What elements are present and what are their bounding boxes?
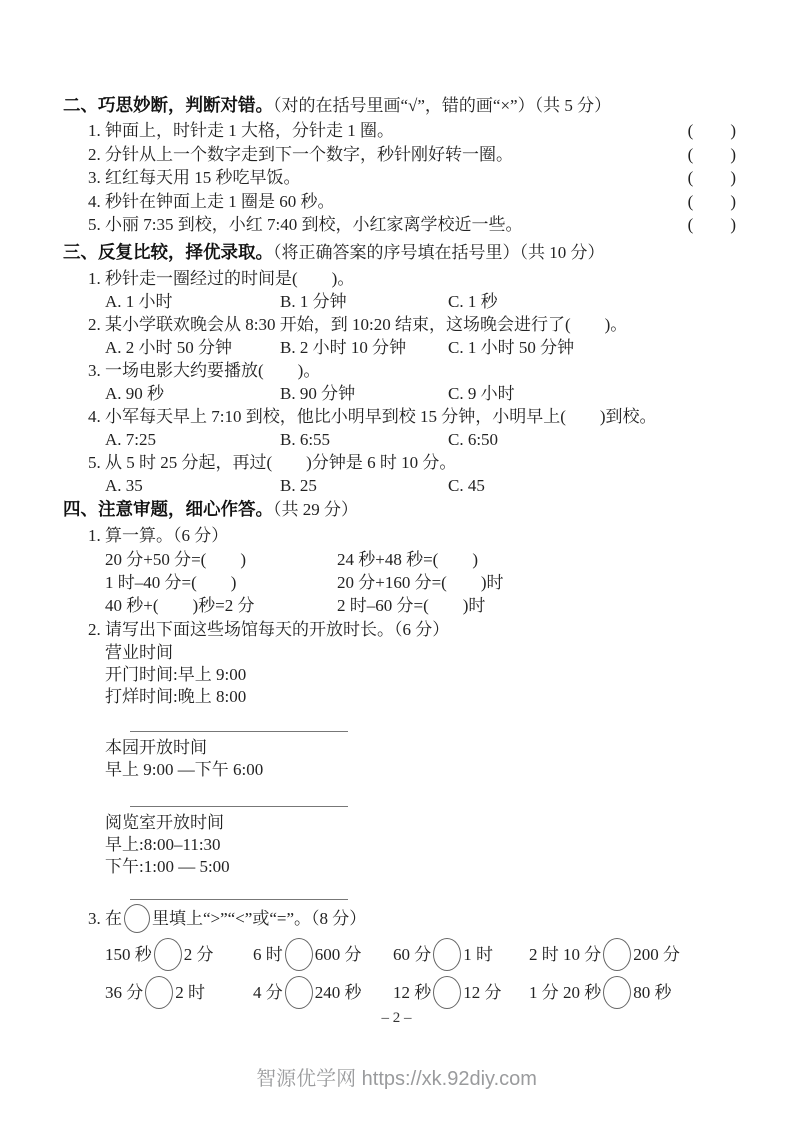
choice-q5-option-c: C. 45 xyxy=(448,475,737,496)
compare-right: 80 秒 xyxy=(633,974,671,1012)
choice-q2-option-a: A. 2 小时 50 分钟 xyxy=(105,337,280,358)
compare-circle-icon xyxy=(433,976,461,1009)
section3-title-text: 三、反复比较，择优录取。 xyxy=(63,242,273,262)
compare-left: 12 秒 xyxy=(393,974,431,1012)
duration-question-label: 2. 请写出下面这些场馆每天的开放时长。（6 分） xyxy=(88,617,737,642)
choice-q4-text: 4. 小军每天早上 7:10 到校，他比小明早到校 15 分钟，小明早上( )到… xyxy=(88,404,737,429)
section3-title: 三、反复比较，择优录取。（将正确答案的序号填在括号里）（共 10 分） xyxy=(63,239,737,266)
compare-left: 150 秒 xyxy=(105,936,152,974)
judge-item-2: 2. 分针从上一个数字走到下一个数字，秒针刚好转一圈。 ( ) xyxy=(88,143,737,167)
compare-left: 1 分 20 秒 xyxy=(529,974,601,1012)
compare-circle-icon xyxy=(124,904,150,933)
compare-cell: 2 时 10 分200 分 xyxy=(529,936,680,974)
section3-questions: 1. 秒针走一圈经过的时间是( )。 A. 1 小时 B. 1 分钟 C. 1 … xyxy=(63,266,737,496)
compare-circle-icon xyxy=(603,938,631,971)
business-hours-close: 打烊时间:晚上 8:00 xyxy=(105,686,737,708)
compare-left: 4 分 xyxy=(253,974,283,1012)
compare-cell: 4 分240 秒 xyxy=(253,974,393,1012)
business-hours-block: 营业时间 开门时间:早上 9:00 打烊时间:晚上 8:00 xyxy=(88,642,737,709)
judge-item-1: 1. 钟面上，时针走 1 大格，分针走 1 圈。 ( ) xyxy=(88,119,737,143)
compare-circle-icon xyxy=(433,938,461,971)
compare-circle-icon xyxy=(603,976,631,1009)
park-hours-range: 早上 9:00 —下午 6:00 xyxy=(105,759,737,781)
compare-cell: 12 秒12 分 xyxy=(393,974,529,1012)
compare-row-1: 150 秒2 分 6 时600 分 60 分1 时 2 时 10 分200 分 xyxy=(88,936,737,974)
compare-row-2: 36 分2 时 4 分240 秒 12 秒12 分 1 分 20 秒80 秒 xyxy=(88,974,737,1012)
compare-label-prefix: 3. 在 xyxy=(88,902,122,936)
compare-right: 2 分 xyxy=(184,936,214,974)
compare-circle-icon xyxy=(145,976,173,1009)
choice-q2-option-b: B. 2 小时 10 分钟 xyxy=(280,337,448,358)
judge-item-1-answer-bracket: ( ) xyxy=(688,119,737,143)
judge-item-4-answer-bracket: ( ) xyxy=(688,190,737,214)
choice-q4-options: A. 7:25 B. 6:55 C. 6:50 xyxy=(88,429,737,450)
compare-question-label: 3. 在 里填上“>”“<”或“=”。（8 分） xyxy=(88,902,737,936)
compare-cell: 36 分2 时 xyxy=(105,974,253,1012)
judge-item-3: 3. 红红每天用 15 秒吃早饭。 ( ) xyxy=(88,166,737,190)
judge-item-3-answer-bracket: ( ) xyxy=(688,166,737,190)
choice-q2-option-c: C. 1 小时 50 分钟 xyxy=(448,337,737,358)
section4-title-note: （共 29 分） xyxy=(273,500,358,519)
reading-room-block: 阅览室开放时间 早上:8:00–11:30 下午:1:00 — 5:00 xyxy=(88,812,737,879)
compare-left: 36 分 xyxy=(105,974,143,1012)
site-watermark: 智源优学网 https://xk.92diy.com xyxy=(0,1062,793,1091)
compare-circle-icon xyxy=(285,976,313,1009)
section4-title: 四、注意审题，细心作答。（共 29 分） xyxy=(63,496,737,523)
section2-title-text: 二、巧思妙断，判断对错。 xyxy=(63,95,273,115)
compare-label-suffix: 里填上“>”“<”或“=”。（8 分） xyxy=(152,902,366,936)
worksheet-page: 二、巧思妙断，判断对错。（对的在括号里画“√”，错的画“×”）（共 5 分） 1… xyxy=(0,0,793,1122)
choice-q1-option-c: C. 1 秒 xyxy=(448,291,737,312)
choice-q3-option-b: B. 90 分钟 xyxy=(280,383,448,404)
equation-1: 20 分+50 分=( ) xyxy=(105,548,337,571)
judge-item-1-text: 1. 钟面上，时针走 1 大格，分针走 1 圈。 xyxy=(88,119,394,143)
park-hours-title: 本园开放时间 xyxy=(105,737,737,759)
calc-question-label: 1. 算一算。（6 分） xyxy=(88,523,737,548)
choice-q1-options: A. 1 小时 B. 1 分钟 C. 1 秒 xyxy=(88,291,737,312)
section2-title-note: （对的在括号里画“√”，错的画“×”）（共 5 分） xyxy=(273,96,611,115)
compare-right: 240 秒 xyxy=(315,974,362,1012)
reading-room-title: 阅览室开放时间 xyxy=(105,812,737,834)
choice-q3-text: 3. 一场电影大约要播放( )。 xyxy=(88,358,737,383)
business-hours-open: 开门时间:早上 9:00 xyxy=(105,664,737,686)
section4-body: 1. 算一算。（6 分） 20 分+50 分=( ) 24 秒+48 秒=( )… xyxy=(63,523,737,1012)
choice-q4-option-a: A. 7:25 xyxy=(105,429,280,450)
choice-q2-options: A. 2 小时 50 分钟 B. 2 小时 10 分钟 C. 1 小时 50 分… xyxy=(88,337,737,358)
judge-item-4-text: 4. 秒针在钟面上走 1 圈是 60 秒。 xyxy=(88,190,335,214)
choice-q5-options: A. 35 B. 25 C. 45 xyxy=(88,475,737,496)
choice-q1-option-a: A. 1 小时 xyxy=(105,291,280,312)
compare-left: 60 分 xyxy=(393,936,431,974)
section3-title-note: （将正确答案的序号填在括号里）（共 10 分） xyxy=(273,243,605,262)
equation-3: 1 时–40 分=( ) xyxy=(105,571,337,594)
choice-q1-text: 1. 秒针走一圈经过的时间是( )。 xyxy=(88,266,737,291)
compare-right: 2 时 xyxy=(175,974,205,1012)
compare-cell: 6 时600 分 xyxy=(253,936,393,974)
equation-6: 2 时–60 分=( )时 xyxy=(337,594,737,617)
judge-item-3-text: 3. 红红每天用 15 秒吃早饭。 xyxy=(88,166,301,190)
park-hours-block: 本园开放时间 早上 9:00 —下午 6:00 xyxy=(88,737,737,782)
compare-left: 6 时 xyxy=(253,936,283,974)
reading-room-afternoon: 下午:1:00 — 5:00 xyxy=(105,856,737,878)
section2-items: 1. 钟面上，时针走 1 大格，分针走 1 圈。 ( ) 2. 分针从上一个数字… xyxy=(63,119,737,237)
judge-item-2-answer-bracket: ( ) xyxy=(688,143,737,167)
judge-item-5: 5. 小丽 7:35 到校，小红 7:40 到校，小红家离学校近一些。 ( ) xyxy=(88,213,737,237)
judge-item-5-text: 5. 小丽 7:35 到校，小红 7:40 到校，小红家离学校近一些。 xyxy=(88,213,522,237)
answer-line-3 xyxy=(130,899,348,900)
compare-cell: 1 分 20 秒80 秒 xyxy=(529,974,672,1012)
judge-item-2-text: 2. 分针从上一个数字走到下一个数字，秒针刚好转一圈。 xyxy=(88,143,513,167)
compare-left: 2 时 10 分 xyxy=(529,936,601,974)
answer-line-1 xyxy=(130,731,348,732)
compare-circle-icon xyxy=(285,938,313,971)
choice-q5-option-b: B. 25 xyxy=(280,475,448,496)
calc-equations: 20 分+50 分=( ) 24 秒+48 秒=( ) 1 时–40 分=( )… xyxy=(88,548,737,617)
judge-item-5-answer-bracket: ( ) xyxy=(688,213,737,237)
page-number: – 2 – xyxy=(0,1010,793,1027)
compare-right: 600 分 xyxy=(315,936,362,974)
compare-right: 1 时 xyxy=(463,936,493,974)
choice-q5-text: 5. 从 5 时 25 分起，再过( )分钟是 6 时 10 分。 xyxy=(88,450,737,475)
reading-room-morning: 早上:8:00–11:30 xyxy=(105,834,737,856)
choice-q2-text: 2. 某小学联欢晚会从 8:30 开始，到 10:20 结束，这场晚会进行了( … xyxy=(88,312,737,337)
answer-line-2 xyxy=(130,806,348,807)
section4-title-text: 四、注意审题，细心作答。 xyxy=(63,499,273,519)
choice-q3-options: A. 90 秒 B. 90 分钟 C. 9 小时 xyxy=(88,383,737,404)
compare-right: 200 分 xyxy=(633,936,680,974)
judge-item-4: 4. 秒针在钟面上走 1 圈是 60 秒。 ( ) xyxy=(88,190,737,214)
section2-title: 二、巧思妙断，判断对错。（对的在括号里画“√”，错的画“×”）（共 5 分） xyxy=(63,92,737,119)
compare-cell: 150 秒2 分 xyxy=(105,936,253,974)
choice-q4-option-c: C. 6:50 xyxy=(448,429,737,450)
equation-5: 40 秒+( )秒=2 分 xyxy=(105,594,337,617)
business-hours-title: 营业时间 xyxy=(105,642,737,664)
equation-2: 24 秒+48 秒=( ) xyxy=(337,548,737,571)
choice-q4-option-b: B. 6:55 xyxy=(280,429,448,450)
choice-q3-option-a: A. 90 秒 xyxy=(105,383,280,404)
compare-right: 12 分 xyxy=(463,974,501,1012)
compare-cell: 60 分1 时 xyxy=(393,936,529,974)
choice-q5-option-a: A. 35 xyxy=(105,475,280,496)
equation-4: 20 分+160 分=( )时 xyxy=(337,571,737,594)
compare-circle-icon xyxy=(154,938,182,971)
choice-q1-option-b: B. 1 分钟 xyxy=(280,291,448,312)
choice-q3-option-c: C. 9 小时 xyxy=(448,383,737,404)
